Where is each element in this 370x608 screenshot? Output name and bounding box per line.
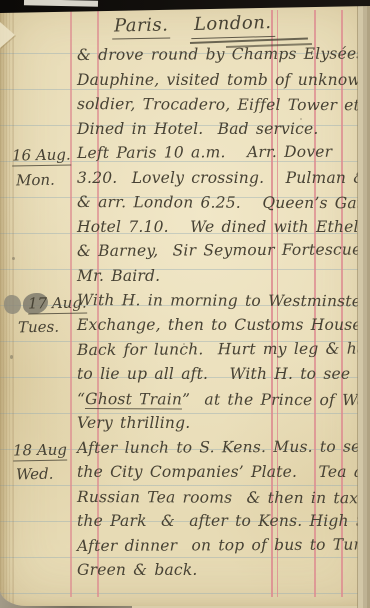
diary-line: “Ghost Train” at the Prince of Wales’s <box>77 390 370 416</box>
paper-speck <box>10 355 13 359</box>
diary-line: With H. in morning to Westminster <box>77 291 370 317</box>
entry-date: 18 Aug <box>13 440 67 459</box>
diary-line: Exchange, then to Customs House. <box>77 316 370 341</box>
diary-line: Mr. Baird. <box>77 267 370 292</box>
diary-line: to lie up all aft. With H. to see the <box>77 365 370 390</box>
ink-smudge <box>4 295 21 314</box>
diary-line: soldier, Trocadero, Eiffel Tower etc. <box>77 95 370 121</box>
diary-line: Dined in Hotel. Bad service. <box>77 120 370 145</box>
page-title-paris: Paris. <box>112 14 171 39</box>
notebook-page: Paris. London. 16 Aug.Mon.17 Aug.Tues.18… <box>0 0 370 606</box>
entry-date: 16 Aug. <box>12 146 71 165</box>
diary-line: Hotel 7.10. We dined with Ethel <box>77 218 370 243</box>
entry-day: Wed. <box>16 465 54 484</box>
diary-line: After lunch to S. Kens. Mus. to see <box>77 437 370 463</box>
fold-notch <box>0 22 15 48</box>
diary-line: & Barney, Sir Seymour Fortescue & <box>77 241 370 267</box>
diary-line: Left Paris 10 a.m. Arr. Dover <box>77 142 370 168</box>
scanned-diary-page: Paris. London. 16 Aug.Mon.17 Aug.Tues.18… <box>0 0 370 608</box>
entry-day: Mon. <box>16 170 55 189</box>
diary-line: the City Companies’ Plate. Tea at <box>77 463 370 488</box>
diary-line: 3.20. Lovely crossing. Pulman & tea <box>77 169 370 194</box>
page-title-london: London. <box>191 12 275 39</box>
diary-line: After dinner on top of bus to Turnham <box>77 535 370 561</box>
diary-line: Back for lunch. Hurt my leg & had <box>77 339 370 365</box>
diary-line: Very thrilling. <box>77 414 370 439</box>
paper-speck <box>12 257 15 260</box>
diary-text: & drove round by Champs Elysées & PteDau… <box>77 46 370 586</box>
diary-line: Green & back. <box>77 561 370 586</box>
entry-day: Tues. <box>18 318 59 337</box>
diary-line: Dauphine, visited tomb of unknown <box>77 71 370 96</box>
page-edge-right <box>357 4 370 608</box>
diary-line: & drove round by Champs Elysées & Pte <box>77 44 370 70</box>
diary-line: the Park & after to Kens. High St. <box>77 512 370 537</box>
diary-line: & arr. London 6.25. Queen’s Gate <box>77 193 370 219</box>
diary-line: Russian Tea rooms & then in taxi to <box>77 488 370 514</box>
